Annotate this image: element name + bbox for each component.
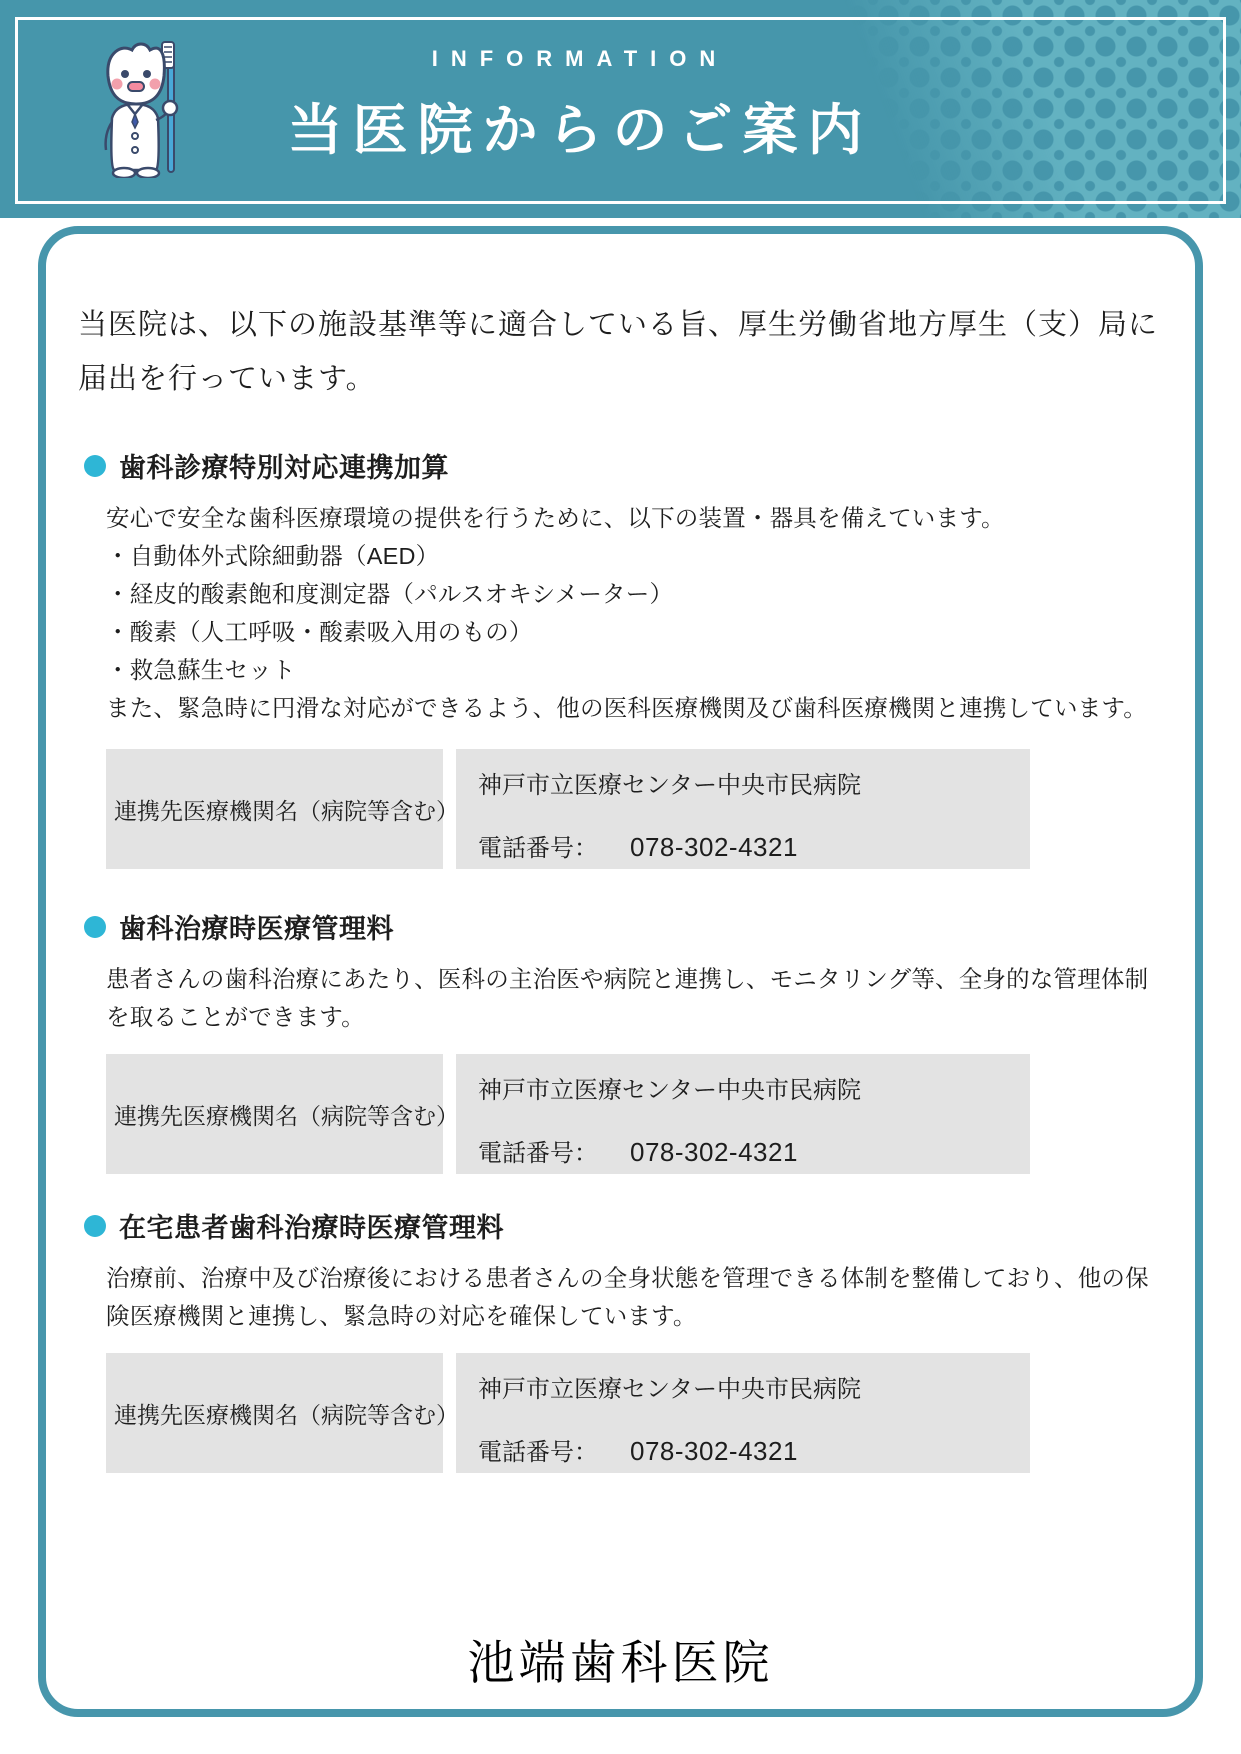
intro-paragraph: 当医院は、以下の施設基準等に適合している旨、厚生労働省地方厚生（支）局に届出を行… [78,298,1163,406]
section-title: 歯科診療特別対応連携加算 [119,446,449,485]
section-body: 患者さんの歯科治療にあたり、医科の主治医や病院と連携し、モニタリング等、全身的な… [106,960,1154,1036]
section-heading-row: 在宅患者歯科治療時医療管理料 [78,1206,1163,1245]
page-title: 当医院からのご案内 [0,86,1160,165]
header-text-block: INFORMATION 当医院からのご案内 [0,46,1160,165]
equipment-item: ・自動体外式除細動器（AED） [106,537,1154,575]
equipment-item: ・酸素（人工呼吸・酸素吸入用のもの） [106,613,1154,651]
clinic-name: 池端歯科医院 [46,1626,1195,1693]
phone-number: 078-302-4321 [630,832,798,863]
phone-number: 078-302-4321 [630,1436,798,1467]
header-eyebrow: INFORMATION [0,46,1160,72]
section-heading-row: 歯科診療特別対応連携加算 [78,446,1163,485]
phone-row: 電話番号： 078-302-4321 [478,1133,1030,1168]
hospital-name: 神戸市立医療センター中央市民病院 [478,765,1030,800]
partner-hospital-table: 連携先医療機関名（病院等含む） 神戸市立医療センター中央市民病院 電話番号： 0… [106,1353,1030,1473]
hospital-name: 神戸市立医療センター中央市民病院 [478,1070,1030,1105]
section-body: 治療前、治療中及び治療後における患者さんの全身状態を管理できる体制を整備しており… [106,1259,1154,1335]
phone-label: 電話番号： [478,828,598,863]
section-heading-row: 歯科治療時医療管理料 [78,907,1163,946]
content-card: 当医院は、以下の施設基準等に適合している旨、厚生労働省地方厚生（支）局に届出を行… [38,226,1203,1717]
section-title: 在宅患者歯科治療時医療管理料 [119,1206,504,1245]
section-description: 治療前、治療中及び治療後における患者さんの全身状態を管理できる体制を整備しており… [106,1259,1154,1335]
phone-row: 電話番号： 078-302-4321 [478,828,1030,863]
table-label-cell: 連携先医療機関名（病院等含む） [106,1353,443,1473]
phone-label: 電話番号： [478,1432,598,1467]
table-value-cell: 神戸市立医療センター中央市民病院 電話番号： 078-302-4321 [456,1353,1030,1473]
phone-number: 078-302-4321 [630,1137,798,1168]
bullet-icon [84,916,106,938]
table-value-cell: 神戸市立医療センター中央市民病院 電話番号： 078-302-4321 [456,749,1030,869]
hospital-name: 神戸市立医療センター中央市民病院 [478,1369,1030,1404]
section-title: 歯科治療時医療管理料 [119,907,394,946]
table-value-cell: 神戸市立医療センター中央市民病院 電話番号： 078-302-4321 [456,1054,1030,1174]
table-label-cell: 連携先医療機関名（病院等含む） [106,749,443,869]
section-dental-treatment-management: 歯科治療時医療管理料 患者さんの歯科治療にあたり、医科の主治医や病院と連携し、モ… [78,907,1163,1174]
equipment-item: ・経皮的酸素飽和度測定器（パルスオキシメーター） [106,575,1154,613]
header-band: INFORMATION 当医院からのご案内 [0,0,1241,218]
table-label-cell: 連携先医療機関名（病院等含む） [106,1054,443,1174]
page: { "header": { "eyebrow": "INFORMATION", … [0,0,1241,1754]
bullet-icon [84,455,106,477]
section-note: また、緊急時に円滑な対応ができるよう、他の医科医療機関及び歯科医療機関と連携して… [106,689,1154,727]
equipment-item: ・救急蘇生セット [106,651,1154,689]
section-dental-special-care: 歯科診療特別対応連携加算 安心で安全な歯科医療環境の提供を行うために、以下の装置… [78,446,1163,869]
bullet-icon [84,1215,106,1237]
partner-hospital-table: 連携先医療機関名（病院等含む） 神戸市立医療センター中央市民病院 電話番号： 0… [106,749,1030,869]
section-description: 患者さんの歯科治療にあたり、医科の主治医や病院と連携し、モニタリング等、全身的な… [106,960,1154,1036]
phone-row: 電話番号： 078-302-4321 [478,1432,1030,1467]
section-body: 安心で安全な歯科医療環境の提供を行うために、以下の装置・器具を備えています。 ・… [106,499,1154,727]
phone-label: 電話番号： [478,1133,598,1168]
partner-hospital-table: 連携先医療機関名（病院等含む） 神戸市立医療センター中央市民病院 電話番号： 0… [106,1054,1030,1174]
section-home-patient-management: 在宅患者歯科治療時医療管理料 治療前、治療中及び治療後における患者さんの全身状態… [78,1206,1163,1473]
section-description: 安心で安全な歯科医療環境の提供を行うために、以下の装置・器具を備えています。 [106,499,1154,537]
